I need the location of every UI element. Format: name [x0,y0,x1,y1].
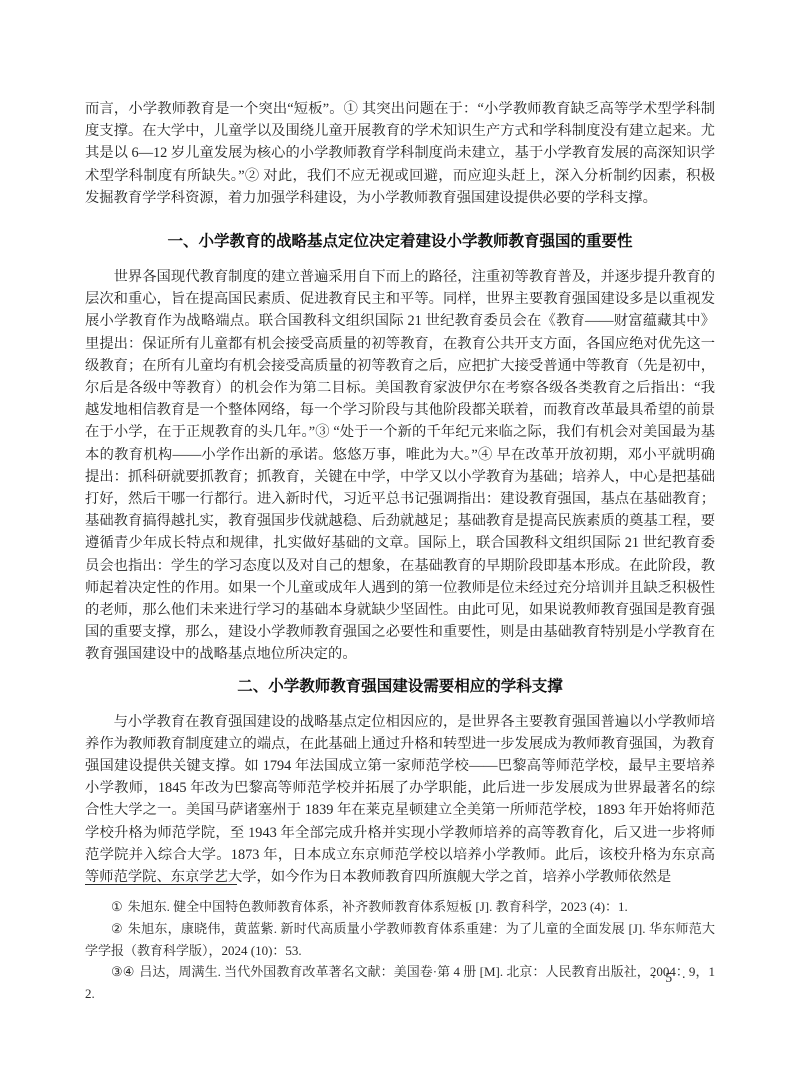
section-heading-2: 二、小学教师教育强国建设需要相应的学科支撑 [85,677,715,697]
footnote-item: ①朱旭东. 健全中国特色教师教育体系，补齐教师教育体系短板 [J]. 教育科学，… [85,896,715,918]
section-heading-1: 一、小学教育的战略基点定位决定着建设小学教师教育强国的重要性 [85,232,715,252]
footnote-marker: ③④ [111,964,134,979]
footnote-text: 吕达，周满生. 当代外国教育改革著名文献：美国卷·第 4 册 [M]. 北京：人… [85,964,715,1001]
continued-paragraph: 而言，小学教师教育是一个突出“短板”。① 其突出问题在于：“小学教师教育缺乏高等… [85,98,715,209]
page-body: 而言，小学教师教育是一个突出“短板”。① 其突出问题在于：“小学教师教育缺乏高等… [85,98,715,888]
journal-page: 而言，小学教师教育是一个突出“短板”。① 其突出问题在于：“小学教师教育缺乏高等… [0,0,800,1077]
footnote-item: ③④吕达，周满生. 当代外国教育改革著名文献：美国卷·第 4 册 [M]. 北京… [85,961,715,1005]
page-number: · 5 · [652,970,690,986]
footnote-section: ①朱旭东. 健全中国特色教师教育体系，补齐教师教育体系短板 [J]. 教育科学，… [85,884,715,1005]
body-paragraph-2: 世界各国现代教育制度的建立普遍采用自下而上的路径，注重初等教育普及，并逐步提升教… [85,266,715,666]
footnote-separator [85,884,237,885]
footnote-marker: ① [111,899,123,914]
body-paragraph-3: 与小学教育在教育强国建设的战略基点定位相因应的，是世界各主要教育强国普遍以小学教… [85,711,715,889]
footnote-text: 朱旭东，康晓伟，黄蓝紫. 新时代高质量小学教师教育体系重建：为了儿童的全面发展 … [85,921,715,958]
footnote-item: ②朱旭东，康晓伟，黄蓝紫. 新时代高质量小学教师教育体系重建：为了儿童的全面发展… [85,918,715,962]
footnote-text: 朱旭东. 健全中国特色教师教育体系，补齐教师教育体系短板 [J]. 教育科学，2… [128,899,628,914]
footnote-marker: ② [111,921,123,936]
